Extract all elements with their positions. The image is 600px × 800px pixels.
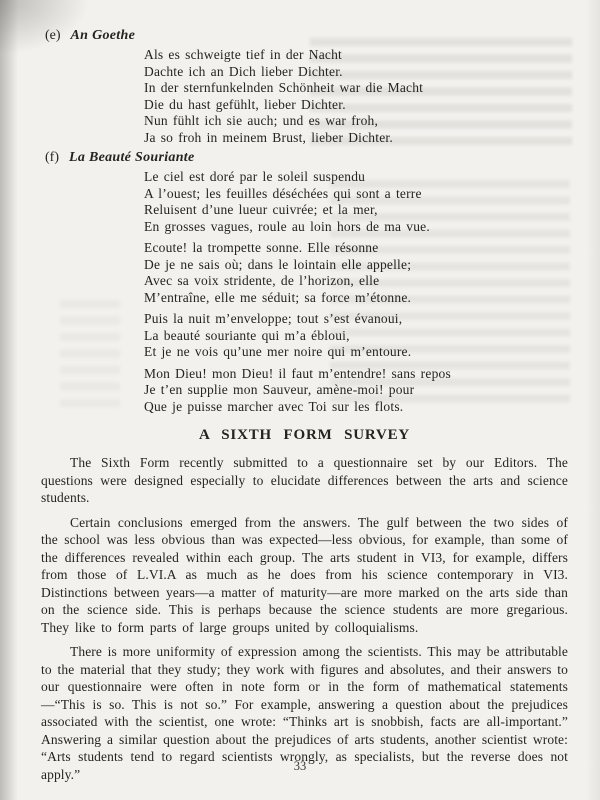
page-content: (e)An Goethe Als es schweigte tief in de… xyxy=(41,28,568,790)
poem-label: (f) xyxy=(45,150,59,165)
poem-line: Ecoute! la trompette sonne. Elle résonne xyxy=(144,240,568,257)
poem-stanza: Puis la nuit m’enveloppe; tout s’est éva… xyxy=(144,311,568,361)
article-paragraph-2: Certain conclusions emerged from the ans… xyxy=(41,514,568,637)
poem-stanza: Als es schweigte tief in der Nacht Dacht… xyxy=(144,47,568,146)
poem-line: Als es schweigte tief in der Nacht xyxy=(144,47,568,64)
book-page: (e)An Goethe Als es schweigte tief in de… xyxy=(0,0,600,800)
poem-line: Mon Dieu! mon Dieu! il faut m’entendre! … xyxy=(144,366,568,383)
poem-stanza: Le ciel est doré par le soleil suspendu … xyxy=(144,169,568,235)
poem-heading: (f)La Beauté Souriante xyxy=(45,150,568,166)
scan-edge-left xyxy=(0,0,18,800)
poem-line: Nun fühlt ich sie auch; und es war froh, xyxy=(144,113,568,130)
poem-line: De je ne sais où; dans le lointain elle … xyxy=(144,257,568,274)
article-title: A SIXTH FORM SURVEY xyxy=(41,427,568,444)
poem-line: Avec sa voix stridente, de l’horizon, el… xyxy=(144,273,568,290)
poem-line: La beauté souriante qui m’a ébloui, xyxy=(144,328,568,345)
poem-line: Je t’en supplie mon Sauveur, amène-moi! … xyxy=(144,382,568,399)
poem-la-beaute-souriante: (f)La Beauté Souriante Le ciel est doré … xyxy=(41,150,568,415)
poem-an-goethe: (e)An Goethe Als es schweigte tief in de… xyxy=(41,28,568,146)
scan-edge-right xyxy=(586,0,600,800)
poem-line: M’entraîne, elle me séduit; sa force m’é… xyxy=(144,290,568,307)
poem-line: Le ciel est doré par le soleil suspendu xyxy=(144,169,568,186)
poem-line: En grosses vagues, roule au loin hors de… xyxy=(144,219,568,236)
poem-line: Die du hast gefühlt, lieber Dichter. xyxy=(144,97,568,114)
poem-title: An Goethe xyxy=(71,28,136,43)
poem-line: Que je puisse marcher avec Toi sur les f… xyxy=(144,399,568,416)
poem-heading: (e)An Goethe xyxy=(45,28,568,44)
poem-stanza: Ecoute! la trompette sonne. Elle résonne… xyxy=(144,240,568,306)
page-number: 33 xyxy=(0,759,600,774)
article-paragraph-1: The Sixth Form recently submitted to a q… xyxy=(41,454,568,507)
poem-line: Ja so froh in meinem Brust, lieber Dicht… xyxy=(144,130,568,147)
poem-line: Dachte ich an Dich lieber Dichter. xyxy=(144,64,568,81)
poem-line: Reluisent d’une lueur cuivrée; et la mer… xyxy=(144,202,568,219)
poem-line: A l’ouest; les feuilles déséchées qui so… xyxy=(144,186,568,203)
poem-line: In der sternfunkelnden Schönheit war die… xyxy=(144,80,568,97)
poem-line: Puis la nuit m’enveloppe; tout s’est éva… xyxy=(144,311,568,328)
poem-label: (e) xyxy=(45,28,61,43)
poem-title: La Beauté Souriante xyxy=(69,150,195,165)
poem-stanza: Mon Dieu! mon Dieu! il faut m’entendre! … xyxy=(144,366,568,416)
poem-line: Et je ne vois qu’une mer noire qui m’ent… xyxy=(144,344,568,361)
